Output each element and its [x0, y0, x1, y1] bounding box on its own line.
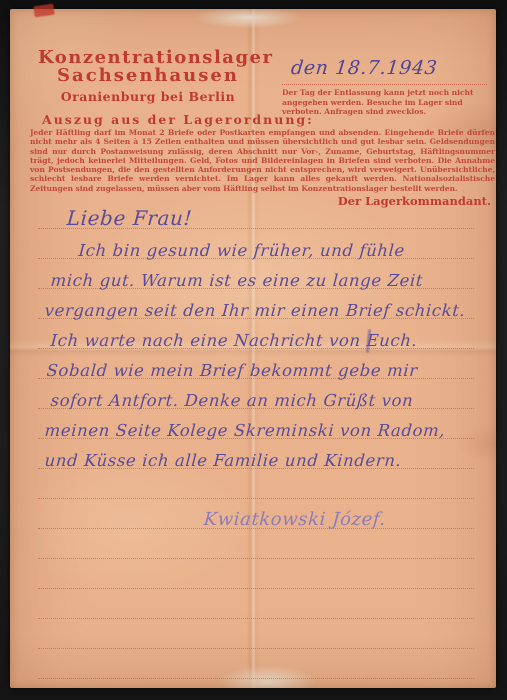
ruled-line: Ich warte nach eine Nachricht von Euch. [38, 319, 474, 349]
ruled-line-blank [38, 589, 474, 619]
handwritten-date: den 18.7.1943 [290, 57, 438, 79]
regulations-body: Jeder Häftling darf im Monat 2 Briefe od… [30, 128, 495, 193]
handwritten-line: Ich warte nach eine Nachricht von Euch. [50, 331, 418, 350]
date-ruled-line: den 18.7.1943 [282, 57, 487, 85]
ruled-line-blank [38, 649, 474, 679]
handwritten-line: sofort Antfort. Denke an mich Grüßt von [50, 391, 414, 410]
ruled-line-salutation: Liebe Frau! [38, 199, 474, 229]
regulations-heading: Auszug aus der Lagerordnung: [42, 112, 495, 127]
handwritten-line: meinen Seite Kolege Skreminski von Radom… [44, 421, 446, 440]
letter-paper: Konzentrationslager Sachsenhausen Oranie… [10, 9, 496, 688]
ruled-line-blank [38, 529, 474, 559]
handwritten-line: mich gut. Warum ist es eine zu lange Zei… [50, 271, 424, 290]
red-edge-mark [33, 4, 54, 18]
scanned-letter-page: Konzentrationslager Sachsenhausen Oranie… [0, 0, 507, 700]
camp-name-line2: Sachsenhausen [38, 67, 258, 86]
handwritten-line: vergangen seit den Ihr mir einen Brief s… [44, 301, 466, 320]
ruled-line: vergangen seit den Ihr mir einen Brief s… [38, 289, 474, 319]
ruled-line: meinen Seite Kolege Skreminski von Radom… [38, 409, 474, 439]
ruled-line: sofort Antfort. Denke an mich Grüßt von [38, 379, 474, 409]
handwritten-line: und Küsse ich alle Familie und Kindern. [44, 451, 402, 470]
handwritten-letter-area: Liebe Frau! Ich bin gesund wie früher, u… [38, 199, 474, 679]
camp-regulations: Auszug aus der Lagerordnung: Jeder Häftl… [30, 112, 495, 208]
handwritten-line: Sobald wie mein Brief bekommt gebe mir [46, 361, 418, 380]
handwritten-signature: Kwiatkowski Józef. [203, 509, 387, 530]
ruled-line-blank [38, 619, 474, 649]
handwritten-salutation: Liebe Frau! [66, 206, 193, 230]
date-block: den 18.7.1943 Der Tag der Entlassung kan… [282, 57, 487, 117]
camp-location: Oranienburg bei Berlin [38, 89, 258, 104]
ruled-line: Sobald wie mein Brief bekommt gebe mir [38, 349, 474, 379]
ruled-line: Ich bin gesund wie früher, und fühle [38, 229, 474, 259]
ruled-line-blank [38, 559, 474, 589]
camp-letterhead: Konzentrationslager Sachsenhausen Oranie… [38, 49, 258, 104]
ruled-line-signature: Kwiatkowski Józef. [38, 499, 474, 529]
ruled-line: und Küsse ich alle Familie und Kindern. [38, 439, 474, 469]
handwritten-line: Ich bin gesund wie früher, und fühle [78, 241, 406, 260]
ruled-line-blank [38, 469, 474, 499]
ruled-line: mich gut. Warum ist es eine zu lange Zei… [38, 259, 474, 289]
